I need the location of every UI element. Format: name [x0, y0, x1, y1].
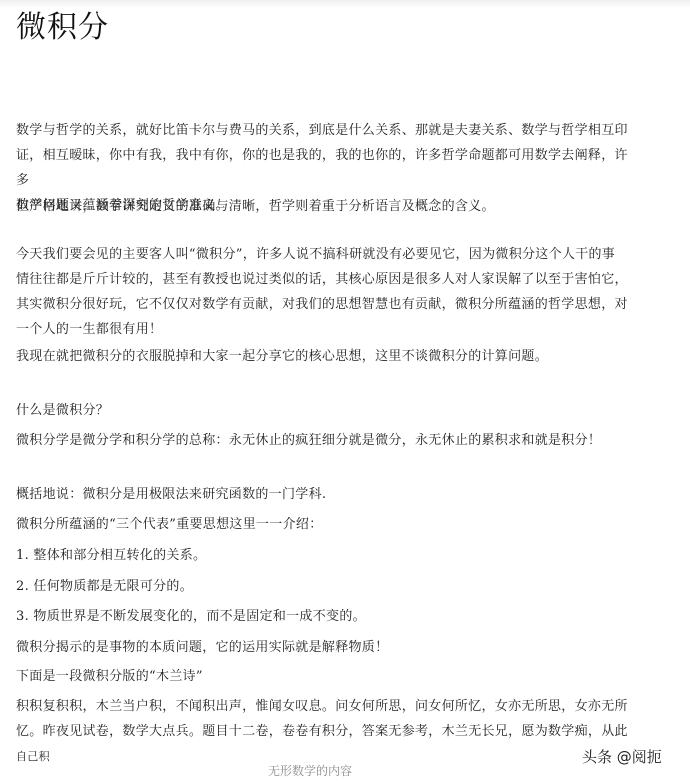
- paragraph-strict-definition: 但严格地讲，数学讲究定义的准确与清晰，哲学则着重于分析语言及概念的含义。: [16, 194, 634, 219]
- text-line: 证，相互暧昧，你中有我，我中有你，你的也是我的，我的也你的，许多哲学命题都可用数…: [16, 148, 628, 188]
- text-line: 其实微积分很好玩，它不仅仅对数学有贡献，对我们的思想智慧也有贡献，微积分所蕴涵的…: [16, 297, 628, 312]
- text-line: 什么是微积分？: [16, 403, 109, 418]
- image-caption: 无形数学的内容: [268, 762, 352, 779]
- source-watermark: 头条 @阅扼: [582, 746, 662, 767]
- text-line: 积积复积积，木兰当户积，不闻积出声，惟闻女叹息。问女何所思，问女何所忆，女亦无所…: [16, 699, 628, 714]
- text-line: 自己积: [16, 750, 50, 763]
- text-line: 微积分所蕴涵的“三个代表”重要思想这里一一介绍：: [16, 517, 323, 532]
- text-line: 3. 物质世界是不断发展变化的，而不是固定和一成不变的。: [16, 609, 366, 624]
- paragraph-definition: 微积分学是微分学和积分学的总称：永无休止的疯狂细分就是微分，永无休止的累积求和就…: [16, 428, 634, 453]
- text-line: 概括地说：微积分是用极限法来研究函数的一门学科.: [16, 487, 326, 502]
- paragraph-summary: 概括地说：微积分是用极限法来研究函数的一门学科.: [16, 482, 634, 507]
- paragraph-poem-intro: 下面是一段微积分版的“木兰诗”: [16, 664, 634, 689]
- text-line: 情往往都是斤斤计较的，甚至有教授也说过类似的话，其核心原因是很多人对人家误解了以…: [16, 272, 628, 287]
- top-edge-shadow: [0, 0, 690, 8]
- paragraph-essence: 微积分揭示的是事物的本质问题，它的运用实际就是解释物质！: [16, 635, 634, 660]
- text-line: 微积分学是微分学和积分学的总称：永无休止的疯狂细分就是微分，永无休止的累积求和就…: [16, 433, 601, 448]
- text-line: 我现在就把微积分的衣服脱掉和大家一起分享它的核心思想，这里不谈微积分的计算问题。: [16, 349, 548, 364]
- text-line: 1. 整体和部分相互转化的关系。: [16, 548, 206, 563]
- paragraph-three-ideas-intro: 微积分所蕴涵的“三个代表”重要思想这里一一介绍：: [16, 512, 634, 537]
- document-title: 微积分: [16, 8, 109, 48]
- text-line: 数学与哲学的关系，就好比笛卡尔与费马的关系，到底是什么关系、那就是夫妻关系、数学…: [16, 123, 628, 138]
- paragraph-mulan-poem: 积积复积积，木兰当户积，不闻积出声，惟闻女叹息。问女何所思，问女何所忆，女亦无所…: [16, 694, 634, 769]
- list-item-1: 1. 整体和部分相互转化的关系。: [16, 543, 634, 568]
- paragraph-introduce-calculus: 今天我们要会见的主要客人叫“微积分”，许多人说不搞科研就没有必要见它，因为微积分…: [16, 242, 634, 342]
- text-line: 今天我们要会见的主要客人叫“微积分”，许多人说不搞科研就没有必要见它，因为微积分…: [16, 247, 615, 262]
- list-item-2: 2. 任何物质都是无限可分的。: [16, 574, 634, 599]
- text-line: 下面是一段微积分版的“木兰诗”: [16, 669, 203, 684]
- paragraph-core-ideas: 我现在就把微积分的衣服脱掉和大家一起分享它的核心思想，这里不谈微积分的计算问题。: [16, 344, 634, 369]
- section-heading-what-is-calculus: 什么是微积分？: [16, 398, 634, 423]
- text-line: 但严格地讲，数学讲究定义的准确与清晰，哲学则着重于分析语言及概念的含义。: [16, 199, 495, 214]
- text-line: 2. 任何物质都是无限可分的。: [16, 579, 193, 594]
- text-line: 忆。昨夜见试卷，数学大点兵。题目十二卷，卷卷有积分，答案无参考，木兰无长兄，愿为…: [16, 724, 628, 739]
- text-line: 一个人的一生都很有用！: [16, 322, 162, 337]
- text-line: 微积分揭示的是事物的本质问题，它的运用实际就是解释物质！: [16, 640, 388, 655]
- list-item-3: 3. 物质世界是不断发展变化的，而不是固定和一成不变的。: [16, 604, 634, 629]
